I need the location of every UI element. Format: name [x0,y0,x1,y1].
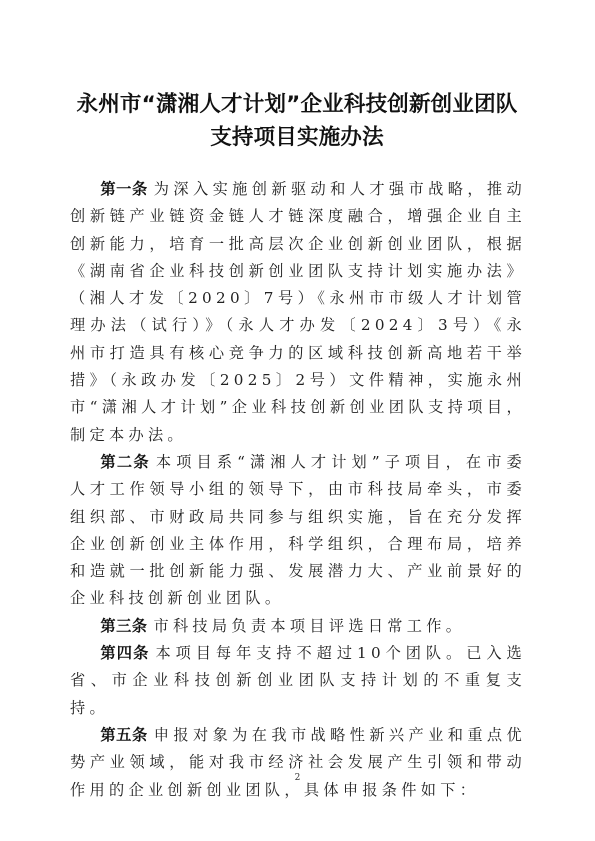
page-number: 2 [0,773,595,783]
article-4-label: 第四条 [100,644,149,662]
article-1: 第一条为深入实施创新驱动和人才强市战略，推动创新链产业链资金链人才链深度融合，增… [70,176,526,449]
article-2-text: 本项目系“潇湘人才计划”子项目，在市委人才工作领导小组的领导下，由市科技局牵头，… [70,453,526,607]
article-2-label: 第二条 [100,453,150,471]
document-page: 永州市“潇湘人才计划”企业科技创新创业团队 支持项目实施办法 第一条为深入实施创… [0,0,595,841]
article-1-label: 第一条 [100,180,147,198]
title-line-2: 支持项目实施办法 [62,121,532,154]
article-5-label: 第五条 [100,726,147,744]
article-4: 第四条本项目每年支持不超过10个团队。已入选省、市企业科技创新创业团队支持计划的… [70,640,526,722]
article-5: 第五条申报对象为在我市战略性新兴产业和重点优势产业领域，能对我市经济社会发展产生… [70,722,526,804]
article-3: 第三条市科技局负责本项目评选日常工作。 [70,613,526,640]
article-3-label: 第三条 [100,617,147,635]
document-title: 永州市“潇湘人才计划”企业科技创新创业团队 支持项目实施办法 [62,88,532,154]
document-body: 第一条为深入实施创新驱动和人才强市战略，推动创新链产业链资金链人才链深度融合，增… [70,176,526,804]
article-3-text: 市科技局负责本项目评选日常工作。 [153,617,465,635]
article-2: 第二条本项目系“潇湘人才计划”子项目，在市委人才工作领导小组的领导下，由市科技局… [70,449,526,613]
article-1-text: 为深入实施创新驱动和人才强市战略，推动创新链产业链资金链人才链深度融合，增强企业… [70,180,526,444]
title-line-1: 永州市“潇湘人才计划”企业科技创新创业团队 [62,88,532,121]
